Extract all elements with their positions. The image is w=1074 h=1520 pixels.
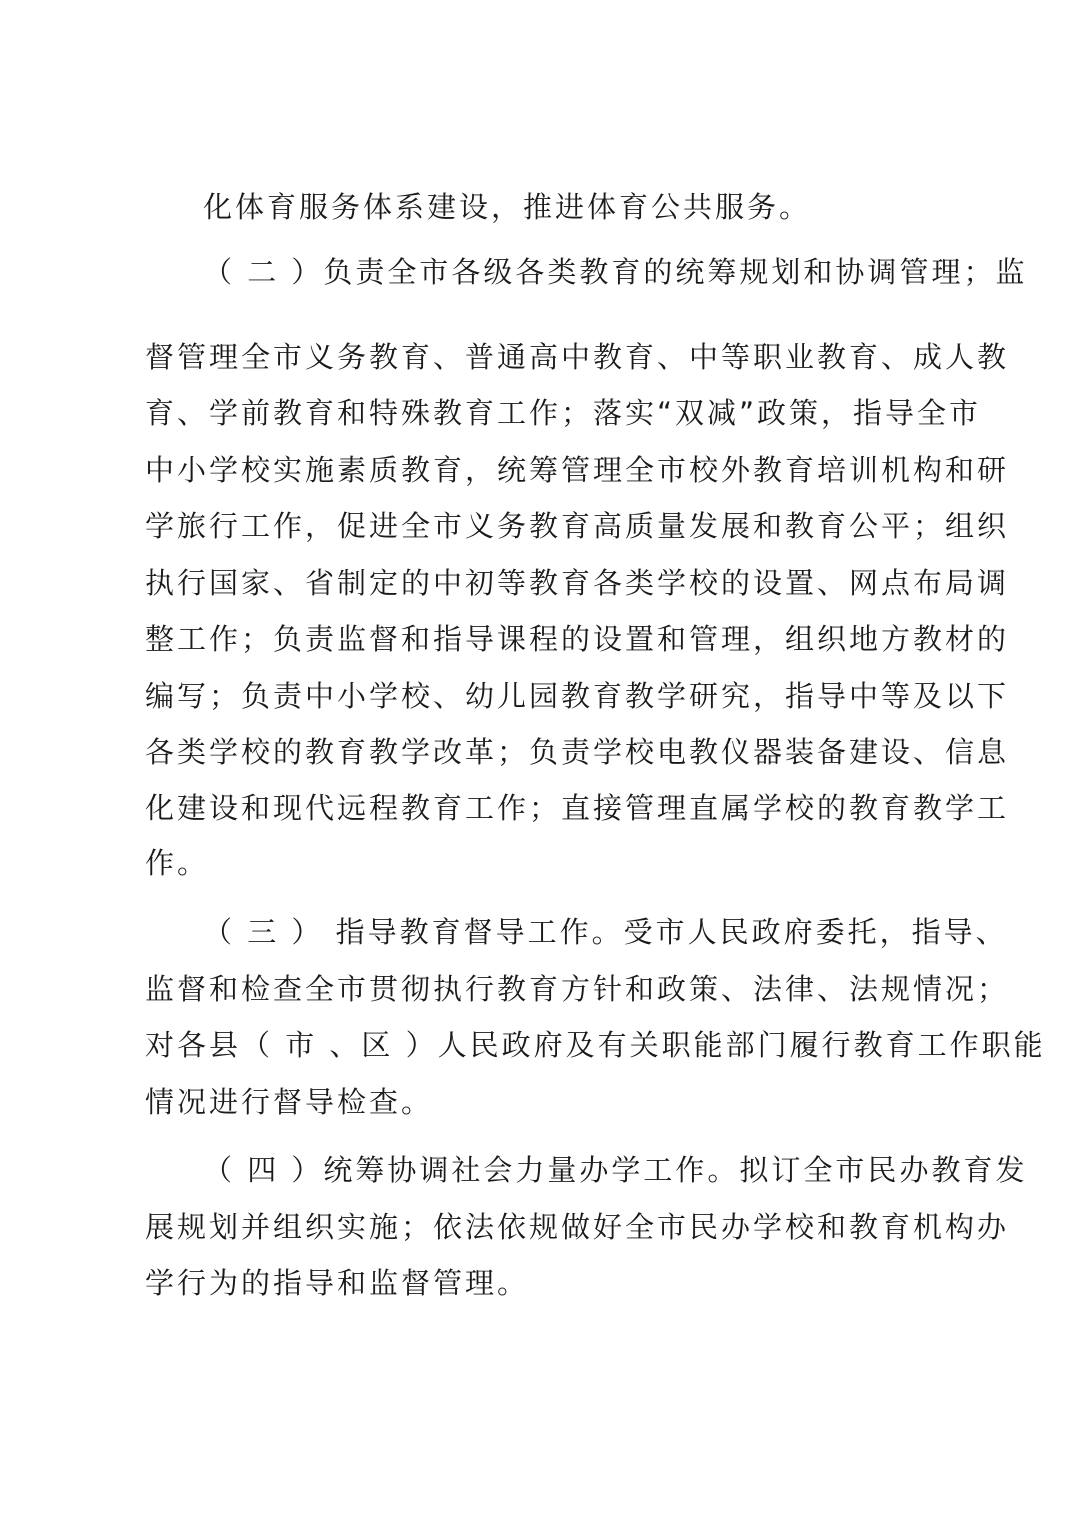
paragraph-4-line-3: 学行为的指导和监督管理。 — [145, 1263, 935, 1303]
paragraph-2-line-8: 编写；负责中小学校、幼儿园教育教学研究，指导中等及以下 — [145, 676, 935, 716]
paragraph-3-line-3: 对各县（ 市 、区 ）人民政府及有关职能部门履行教育工作职能 — [145, 1025, 935, 1065]
paragraph-2-line-9: 各类学校的教育教学改革；负责学校电教仪器装备建设、信息 — [145, 732, 935, 772]
paragraph-2-line-10: 化建设和现代远程教育工作；直接管理直属学校的教育教学工 — [145, 788, 935, 828]
paragraph-2-line-2: 督管理全市义务教育、普通高中教育、中等职业教育、成人教 — [145, 337, 935, 377]
paragraph-2-line-3: 育、学前教育和特殊教育工作；落实“双减”政策，指导全市 — [145, 393, 935, 433]
paragraph-3-line-2: 监督和检查全市贯彻执行教育方针和政策、法律、法规情况； — [145, 969, 935, 1009]
paragraph-2-line-11: 作。 — [145, 843, 935, 883]
paragraph-2-line-5: 学旅行工作，促进全市义务教育高质量发展和教育公平；组织 — [145, 506, 935, 546]
paragraph-1-line-1: 化体育服务体系建设，推进体育公共服务。 — [203, 187, 935, 227]
paragraph-2-line-4: 中小学校实施素质教育，统筹管理全市校外教育培训机构和研 — [145, 450, 935, 490]
paragraph-4-line-2: 展规划并组织实施；依法依规做好全市民办学校和教育机构办 — [145, 1207, 935, 1247]
paragraph-4-line-1: （ 四 ）统筹协调社会力量办学工作。拟订全市民办教育发 — [203, 1150, 935, 1190]
paragraph-2-line-7: 整工作；负责监督和指导课程的设置和管理，组织地方教材的 — [145, 619, 935, 659]
paragraph-2-line-6: 执行国家、省制定的中初等教育各类学校的设置、网点布局调 — [145, 563, 935, 603]
paragraph-2-line-1: （ 二 ）负责全市各级各类教育的统筹规划和协调管理；监 — [203, 252, 935, 292]
paragraph-3-line-1: （ 三 ） 指导教育督导工作。受市人民政府委托，指导、 — [203, 912, 935, 952]
document-page: 化体育服务体系建设，推进体育公共服务。 （ 二 ）负责全市各级各类教育的统筹规划… — [0, 0, 1074, 1520]
paragraph-3-line-4: 情况进行督导检查。 — [145, 1082, 935, 1122]
